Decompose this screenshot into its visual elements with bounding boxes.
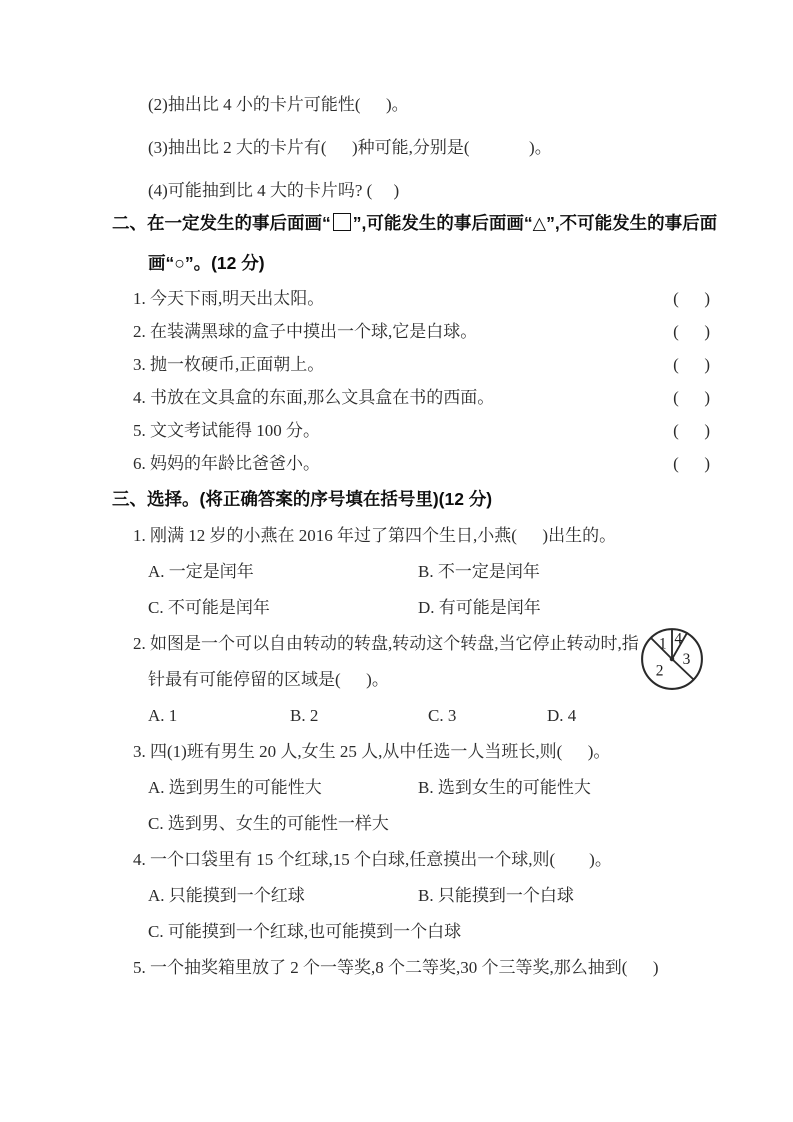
spinner-region-1-label: 1	[659, 636, 667, 653]
judgment-item-text: 5. 文文考试能得 100 分。	[133, 414, 320, 447]
section-three-body: 1. 刚满 12 岁的小燕在 2016 年过了第四个生日,小燕( )出生的。 A…	[112, 518, 710, 986]
judgment-item-text: 6. 妈妈的年龄比爸爸小。	[133, 447, 320, 480]
option-c: C. 3	[428, 698, 547, 734]
judgment-item-6: 6. 妈妈的年龄比爸爸小。 ( )	[133, 447, 710, 480]
option-b: B. 2	[290, 698, 428, 734]
option-b: B. 选到女生的可能性大	[418, 770, 710, 806]
option-b: B. 不一定是闰年	[418, 554, 710, 590]
option-b: B. 只能摸到一个白球	[418, 878, 710, 914]
question-1-text: 1. 刚满 12 岁的小燕在 2016 年过了第四个生日,小燕( )出生的。	[133, 518, 710, 554]
question-3-options-row-1: A. 选到男生的可能性大 B. 选到女生的可能性大	[148, 770, 710, 806]
judgment-item-5: 5. 文文考试能得 100 分。 ( )	[133, 414, 710, 447]
question-4-text: 4. 一个口袋里有 15 个红球,15 个白球,任意摸出一个球,则( )。	[133, 842, 710, 878]
answer-blank: ( )	[673, 315, 710, 348]
judgment-list: 1. 今天下雨,明天出太阳。 ( ) 2. 在装满黑球的盒子中摸出一个球,它是白…	[112, 282, 710, 480]
fill-question-2: (2)抽出比 4 小的卡片可能性( )。	[148, 94, 710, 116]
judgment-item-text: 2. 在装满黑球的盒子中摸出一个球,它是白球。	[133, 315, 477, 348]
question-2-block: 1 4 3 2 2. 如图是一个可以自由转动的转盘,转动这个转盘,当它停止转动时…	[112, 626, 710, 734]
question-2-text: 2. 如图是一个可以自由转动的转盘,转动这个转盘,当它停止转动时,指针最有可能停…	[133, 626, 643, 698]
option-a: A. 1	[148, 698, 290, 734]
option-a: A. 一定是闰年	[148, 554, 418, 590]
judgment-item-4: 4. 书放在文具盒的东面,那么文具盒在书的西面。 ( )	[133, 381, 710, 414]
question-4-option-c: C. 可能摸到一个红球,也可能摸到一个白球	[148, 914, 710, 950]
option-d: D. 有可能是闰年	[418, 590, 710, 626]
question-2-options-row: A. 1 B. 2 C. 3 D. 4	[148, 698, 710, 734]
judgment-item-text: 4. 书放在文具盒的东面,那么文具盒在书的西面。	[133, 381, 494, 414]
answer-blank: ( )	[673, 381, 710, 414]
worksheet-content: (2)抽出比 4 小的卡片可能性( )。 (3)抽出比 2 大的卡片有( )种可…	[112, 94, 710, 1094]
question-4-options-row-1: A. 只能摸到一个红球 B. 只能摸到一个白球	[148, 878, 710, 914]
judgment-item-text: 3. 抛一枚硬币,正面朝上。	[133, 348, 324, 381]
judgment-item-text: 1. 今天下雨,明天出太阳。	[133, 282, 324, 315]
spinner-region-3-label: 3	[683, 651, 691, 668]
option-a: A. 选到男生的可能性大	[148, 770, 418, 806]
worksheet-page: (2)抽出比 4 小的卡片可能性( )。 (3)抽出比 2 大的卡片有( )种可…	[0, 0, 793, 1122]
answer-blank: ( )	[673, 282, 710, 315]
question-3-text: 3. 四(1)班有男生 20 人,女生 25 人,从中任选一人当班长,则( )。	[133, 734, 710, 770]
spinner-region-4-label: 4	[674, 631, 682, 648]
option-c: C. 不可能是闰年	[148, 590, 418, 626]
section-three-heading: 三、选择。(将正确答案的序号填在括号里)(12 分)	[112, 481, 710, 517]
section-two-heading-prefix: 二、在一定发生的事后面画“	[112, 213, 331, 233]
spinner-region-2-label: 2	[656, 663, 664, 680]
answer-blank: ( )	[673, 348, 710, 381]
answer-blank: ( )	[673, 414, 710, 447]
judgment-item-2: 2. 在装满黑球的盒子中摸出一个球,它是白球。 ( )	[133, 315, 710, 348]
question-5-text: 5. 一个抽奖箱里放了 2 个一等奖,8 个二等奖,30 个三等奖,那么抽到( …	[133, 950, 710, 986]
question-3-option-c: C. 选到男、女生的可能性一样大	[148, 806, 710, 842]
question-1-options-row-2: C. 不可能是闰年 D. 有可能是闰年	[148, 590, 710, 626]
judgment-item-1: 1. 今天下雨,明天出太阳。 ( )	[133, 282, 710, 315]
option-a: A. 只能摸到一个红球	[148, 878, 418, 914]
spinner-diagram: 1 4 3 2	[639, 626, 705, 692]
judgment-item-3: 3. 抛一枚硬币,正面朝上。 ( )	[133, 348, 710, 381]
section-two-heading: 二、在一定发生的事后面画“”,可能发生的事后面画“△”,不可能发生的事后面画“○…	[112, 203, 746, 283]
option-d: D. 4	[547, 698, 710, 734]
answer-blank: ( )	[673, 447, 710, 480]
fill-question-4: (4)可能抽到比 4 大的卡片吗? ( )	[148, 180, 710, 202]
question-1-options-row-1: A. 一定是闰年 B. 不一定是闰年	[148, 554, 710, 590]
square-symbol	[333, 213, 351, 231]
fill-question-3: (3)抽出比 2 大的卡片有( )种可能,分别是( )。	[148, 137, 710, 159]
